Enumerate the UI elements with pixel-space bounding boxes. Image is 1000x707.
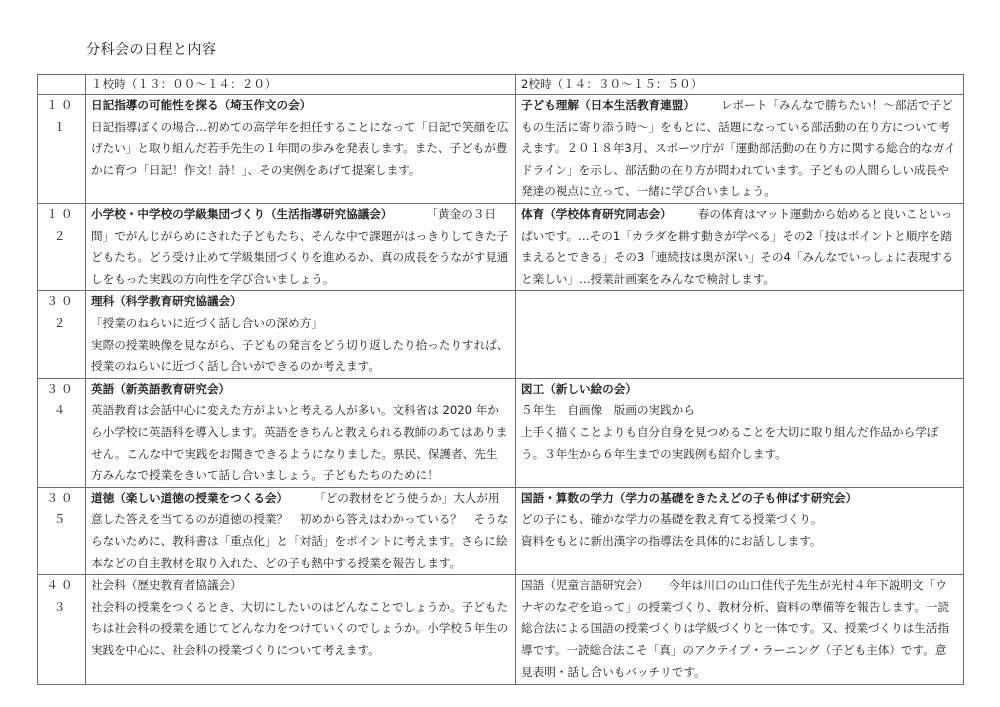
session-cell-period2: 子ども理解（日本生活教育連盟）レポート「みんなで勝ちたい！〜部活で子どもの生活に… <box>516 95 964 204</box>
room-number: ３０５ <box>38 487 86 574</box>
session-cell-period1: 英語（新英語教育研究会） 英語教育は会話中心に変えた方がよいと考える人が多い。文… <box>86 378 516 487</box>
session-cell-period2: 体育（学校体育研究同志会）春の体育はマット運動から始めると良いこといっぱいです。… <box>516 204 964 291</box>
session-title: 国語・算数の学力（学力の基礎をきたえどの子も伸ばす研究会） <box>521 488 957 510</box>
room-number: １０１ <box>38 95 86 204</box>
room-number: ３０２ <box>38 291 86 378</box>
session-cell-period2: 国語・算数の学力（学力の基礎をきたえどの子も伸ばす研究会） どの子にも、確かな学… <box>516 487 964 574</box>
table-row: １０１ 日記指導の可能性を探る（埼玉作文の会） 日記指導ぼくの場合…初めての高学… <box>38 95 964 204</box>
session-description: どの子にも、確かな学力の基礎を教え育てる授業づくり。 <box>521 509 957 531</box>
page-title: 分科会の日程と内容 <box>86 39 217 59</box>
session-description: 社会科の授業をつくるとき、大切にしたいのはどんなことでしょうか。子どもたちは社会… <box>91 600 508 657</box>
session-title: 理科（科学教育研究協議会） <box>91 291 509 313</box>
table-row: １０２ 小学校・中学校の学級集団づくり（生活指導研究協議会）「黄金の３日間」でが… <box>38 204 964 291</box>
room-number: ４０３ <box>38 575 86 685</box>
room-number: ３０４ <box>38 378 86 487</box>
session-cell-period2: 国語（児童言語研究会）今年は川口の山口佳代子先生が光村４年下説明文「ウナギのなぞ… <box>516 575 964 685</box>
session-cell-period1: 日記指導の可能性を探る（埼玉作文の会） 日記指導ぼくの場合…初めての高学年を担任… <box>86 95 516 204</box>
session-subtitle: 「授業のねらいに近づく話し合いの深め方」 <box>91 313 509 335</box>
header-period2: 2校時（１４：３０〜１５：５０） <box>516 75 964 95</box>
session-description: 資料をもとに新出漢字の指導法を具体的にお話しします。 <box>521 531 957 553</box>
table-row: ３０４ 英語（新英語教育研究会） 英語教育は会話中心に変えた方がよいと考える人が… <box>38 378 964 487</box>
session-title: 体育（学校体育研究同志会） <box>521 207 672 221</box>
header-period1: １校時（１３：００〜１４：２０） <box>86 75 516 95</box>
session-description: 今年は川口の山口佳代子先生が光村４年下説明文「ウナギのなぞを追って」の授業づくり… <box>521 578 949 678</box>
session-title: 英語（新英語教育研究会） <box>91 379 509 401</box>
table-row: ３０２ 理科（科学教育研究協議会） 「授業のねらいに近づく話し合いの深め方」 実… <box>38 291 964 378</box>
session-title: 道徳（楽しい道徳の授業をつくる会） <box>91 491 288 505</box>
header-room-cell <box>38 75 86 95</box>
session-subtitle: ５年生 自画像 版画の実践から <box>521 400 957 422</box>
session-description: レポート「みんなで勝ちたい！〜部活で子どもの生活に寄り添う時〜」をもとに、話題に… <box>521 98 956 198</box>
session-cell-period2-empty <box>516 291 964 378</box>
table-row: ４０３ 社会科（歴史教育者協議会） 社会科の授業をつくるとき、大切にしたいのはど… <box>38 575 964 685</box>
session-cell-period1: 道徳（楽しい道徳の授業をつくる会）「どの教材をどう使うか」大人が用意した答えを当… <box>86 487 516 574</box>
session-title: 子ども理解（日本生活教育連盟） <box>521 98 695 112</box>
session-description: 日記指導ぼくの場合…初めての高学年を担任することになって「日記で笑顔を広げたい」… <box>91 120 508 177</box>
session-cell-period2: 図工（新しい絵の会） ５年生 自画像 版画の実践から 上手く描くことよりも自分自… <box>516 378 964 487</box>
session-title: 図工（新しい絵の会） <box>521 379 957 401</box>
session-cell-period1: 理科（科学教育研究協議会） 「授業のねらいに近づく話し合いの深め方」 実際の授業… <box>86 291 516 378</box>
session-description: 英語教育は会話中心に変えた方がよいと考える人が多い。文科省は 2020 年から小… <box>91 403 507 482</box>
session-cell-period1: 社会科（歴史教育者協議会） 社会科の授業をつくるとき、大切にしたいのはどんなこと… <box>86 575 516 685</box>
session-cell-period1: 小学校・中学校の学級集団づくり（生活指導研究協議会）「黄金の３日間」でがんじがら… <box>86 204 516 291</box>
session-title: 国語（児童言語研究会） <box>521 578 649 592</box>
table-row: ３０５ 道徳（楽しい道徳の授業をつくる会）「どの教材をどう使うか」大人が用意した… <box>38 487 964 574</box>
session-title: 社会科（歴史教育者協議会） <box>91 575 509 597</box>
session-description: 上手く描くことよりも自分自身を見つめることを大切に取り組んだ作品から学ぼう。３年… <box>521 422 957 465</box>
session-title: 日記指導の可能性を探る（埼玉作文の会） <box>91 95 509 117</box>
schedule-table: １校時（１３：００〜１４：２０） 2校時（１４：３０〜１５：５０） １０１ 日記… <box>37 74 964 685</box>
room-number: １０２ <box>38 204 86 291</box>
table-header-row: １校時（１３：００〜１４：２０） 2校時（１４：３０〜１５：５０） <box>38 75 964 95</box>
session-title: 小学校・中学校の学級集団づくり（生活指導研究協議会） <box>91 207 392 221</box>
session-description: 実際の授業映像を見ながら、子どもの発言をどう切り返したり拾ったりすれば、授業のね… <box>91 335 509 378</box>
